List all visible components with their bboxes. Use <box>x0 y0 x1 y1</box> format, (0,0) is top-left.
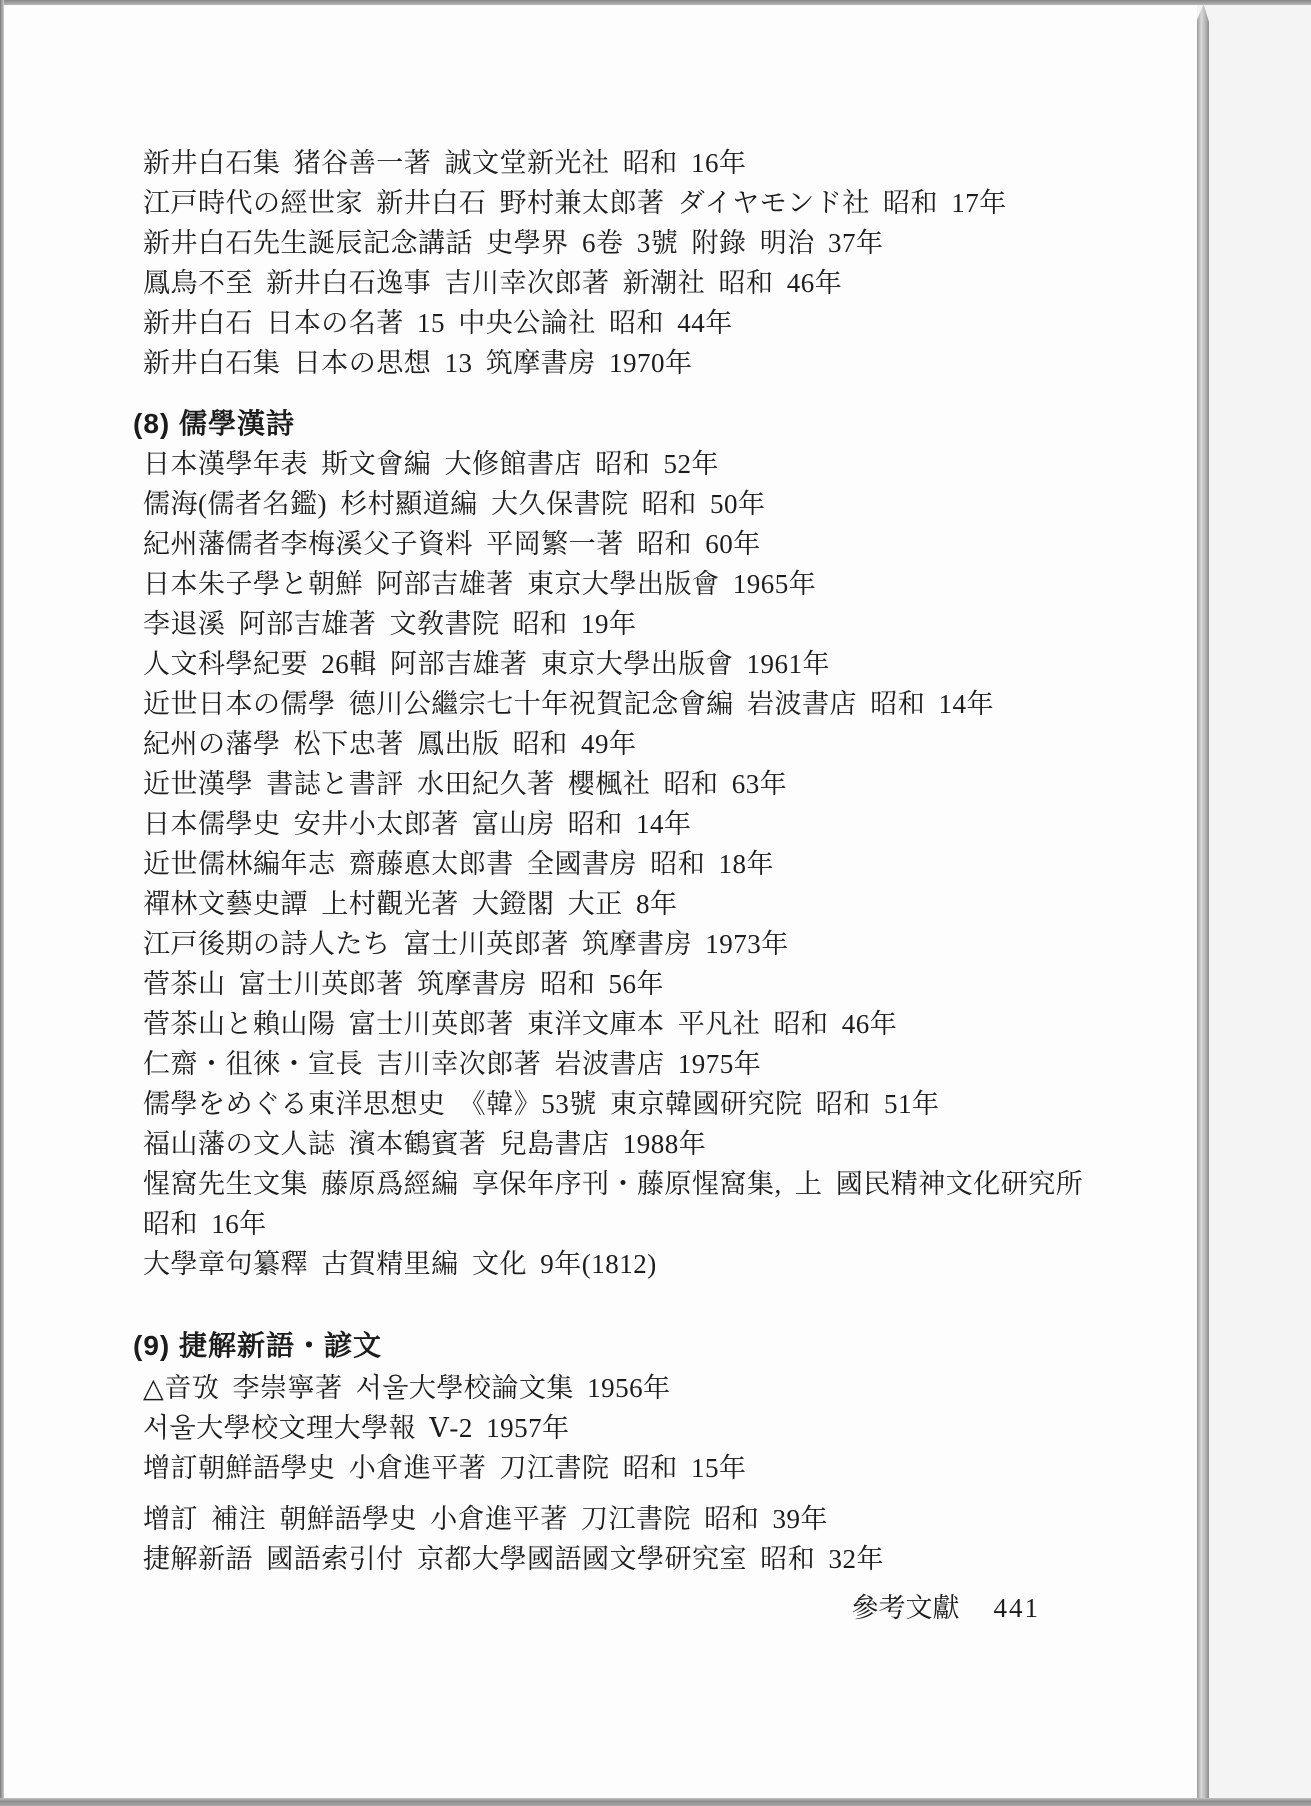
page-footer: 參考文獻441 <box>143 1588 1040 1628</box>
bibliography-section: 新井白石集 猪谷善一著 誠文堂新光社 昭和 16年江戸時代の經世家 新井白石 野… <box>143 143 1093 383</box>
bibliography-section: (9) 捷解新語・諺文△音攷 李崇寧著 서울大學校論文集 1956年서울大學校文… <box>143 1326 1093 1579</box>
bibliography-line: 菅茶山 富士川英郎著 筑摩書房 昭和 56年 <box>143 964 1093 1004</box>
bibliography-line: 福山藩の文人誌 濱本鶴賓著 兒島書店 1988年 <box>143 1124 1093 1164</box>
bibliography-line: 捷解新語 國語索引付 京都大學國語國文學研究室 昭和 32年 <box>143 1539 1093 1579</box>
bibliography-line: 李退溪 阿部吉雄著 文敎書院 昭和 19年 <box>143 604 1093 644</box>
bibliography-line: △音攷 李崇寧著 서울大學校論文集 1956年 <box>143 1368 1093 1408</box>
bibliography-line: 日本儒學史 安井小太郎著 富山房 昭和 14年 <box>143 804 1093 844</box>
section-heading: (8) 儒學漢詩 <box>133 404 1093 444</box>
bibliography-line: 江戸後期の詩人たち 富士川英郎著 筑摩書房 1973年 <box>143 924 1093 964</box>
bibliography-line: 儒學をめぐる東洋思想史 《韓》53號 東京韓國研究院 昭和 51年 <box>143 1084 1093 1124</box>
bibliography-line: 禪林文藝史譚 上村觀光著 大鐙閣 大正 8年 <box>143 884 1093 924</box>
bibliography-line: 紀州藩儒者李梅溪父子資料 平岡繁一著 昭和 60年 <box>143 524 1093 564</box>
bibliography-line: 日本漢學年表 斯文會編 大修館書店 昭和 52年 <box>143 444 1093 484</box>
bibliography-line: 增訂朝鮮語學史 小倉進平著 刀江書院 昭和 15年 <box>143 1448 1093 1488</box>
bibliography-line: 江戸時代の經世家 新井白石 野村兼太郎著 ダイヤモンド社 昭和 17年 <box>143 183 1093 223</box>
bibliography-line: 近世儒林編年志 齋藤悳太郎書 全國書房 昭和 18年 <box>143 844 1093 884</box>
bibliography-line: 서울大學校文理大學報 Ⅴ-2 1957年 <box>143 1408 1093 1448</box>
scan-border-top <box>0 0 1311 5</box>
bibliography-line: 近世日本の儒學 德川公繼宗七十年祝賀記念會編 岩波書店 昭和 14年 <box>143 684 1093 724</box>
bibliography-line: 增訂 補注 朝鮮語學史 小倉進平著 刀江書院 昭和 39年 <box>143 1499 1093 1539</box>
bibliography-line: 新井白石 日本の名著 15 中央公論社 昭和 44年 <box>143 303 1093 343</box>
bibliography-line: 仁齋・徂徠・宣長 吉川幸次郎著 岩波書店 1975年 <box>143 1044 1093 1084</box>
scan-margin-right <box>1209 5 1311 1798</box>
scan-border-left <box>0 0 4 1806</box>
bibliography-line: 昭和 16年 <box>143 1204 1093 1244</box>
section-heading: (9) 捷解新語・諺文 <box>133 1326 1093 1366</box>
bibliography-line: 人文科學紀要 26輯 阿部吉雄著 東京大學出版會 1961年 <box>143 644 1093 684</box>
bibliography-line: 新井白石先生誕辰記念講話 史學界 6卷 3號 附錄 明治 37年 <box>143 223 1093 263</box>
scan-border-bottom <box>0 1798 1311 1806</box>
bibliography-line: 日本朱子學と朝鮮 阿部吉雄著 東京大學出版會 1965年 <box>143 564 1093 604</box>
footer-section-label: 參考文獻 <box>852 1593 960 1623</box>
bibliography-content: 新井白石集 猪谷善一著 誠文堂新光社 昭和 16年江戸時代の經世家 新井白石 野… <box>143 143 1093 1579</box>
bibliography-line: 新井白石集 日本の思想 13 筑摩書房 1970年 <box>143 343 1093 383</box>
bibliography-section: (8) 儒學漢詩日本漢學年表 斯文會編 大修館書店 昭和 52年儒海(儒者名鑑)… <box>143 404 1093 1284</box>
bibliography-line: 大學章句纂釋 古賀精里編 文化 9年(1812) <box>143 1244 1093 1284</box>
scanned-book-page: { "document": { "sections": [ { "heading… <box>0 0 1311 1806</box>
bibliography-line: 近世漢學 書誌と書評 水田紀久著 櫻楓社 昭和 63年 <box>143 764 1093 804</box>
bibliography-line: 菅茶山と賴山陽 富士川英郎著 東洋文庫本 平凡社 昭和 46年 <box>143 1004 1093 1044</box>
footer-page-number: 441 <box>994 1593 1041 1623</box>
bibliography-line: 紀州の藩學 松下忠著 鳳出版 昭和 49年 <box>143 724 1093 764</box>
bibliography-line: 儒海(儒者名鑑) 杉村顯道編 大久保書院 昭和 50年 <box>143 484 1093 524</box>
bibliography-line: 鳳鳥不至 新井白石逸事 吉川幸次郎著 新潮社 昭和 46年 <box>143 263 1093 303</box>
book-page-edge <box>1197 4 1209 1799</box>
bibliography-line: 惺窩先生文集 藤原爲經編 享保年序刊・藤原惺窩集, 上 國民精神文化研究所 <box>143 1164 1093 1204</box>
bibliography-line: 新井白石集 猪谷善一著 誠文堂新光社 昭和 16年 <box>143 143 1093 183</box>
